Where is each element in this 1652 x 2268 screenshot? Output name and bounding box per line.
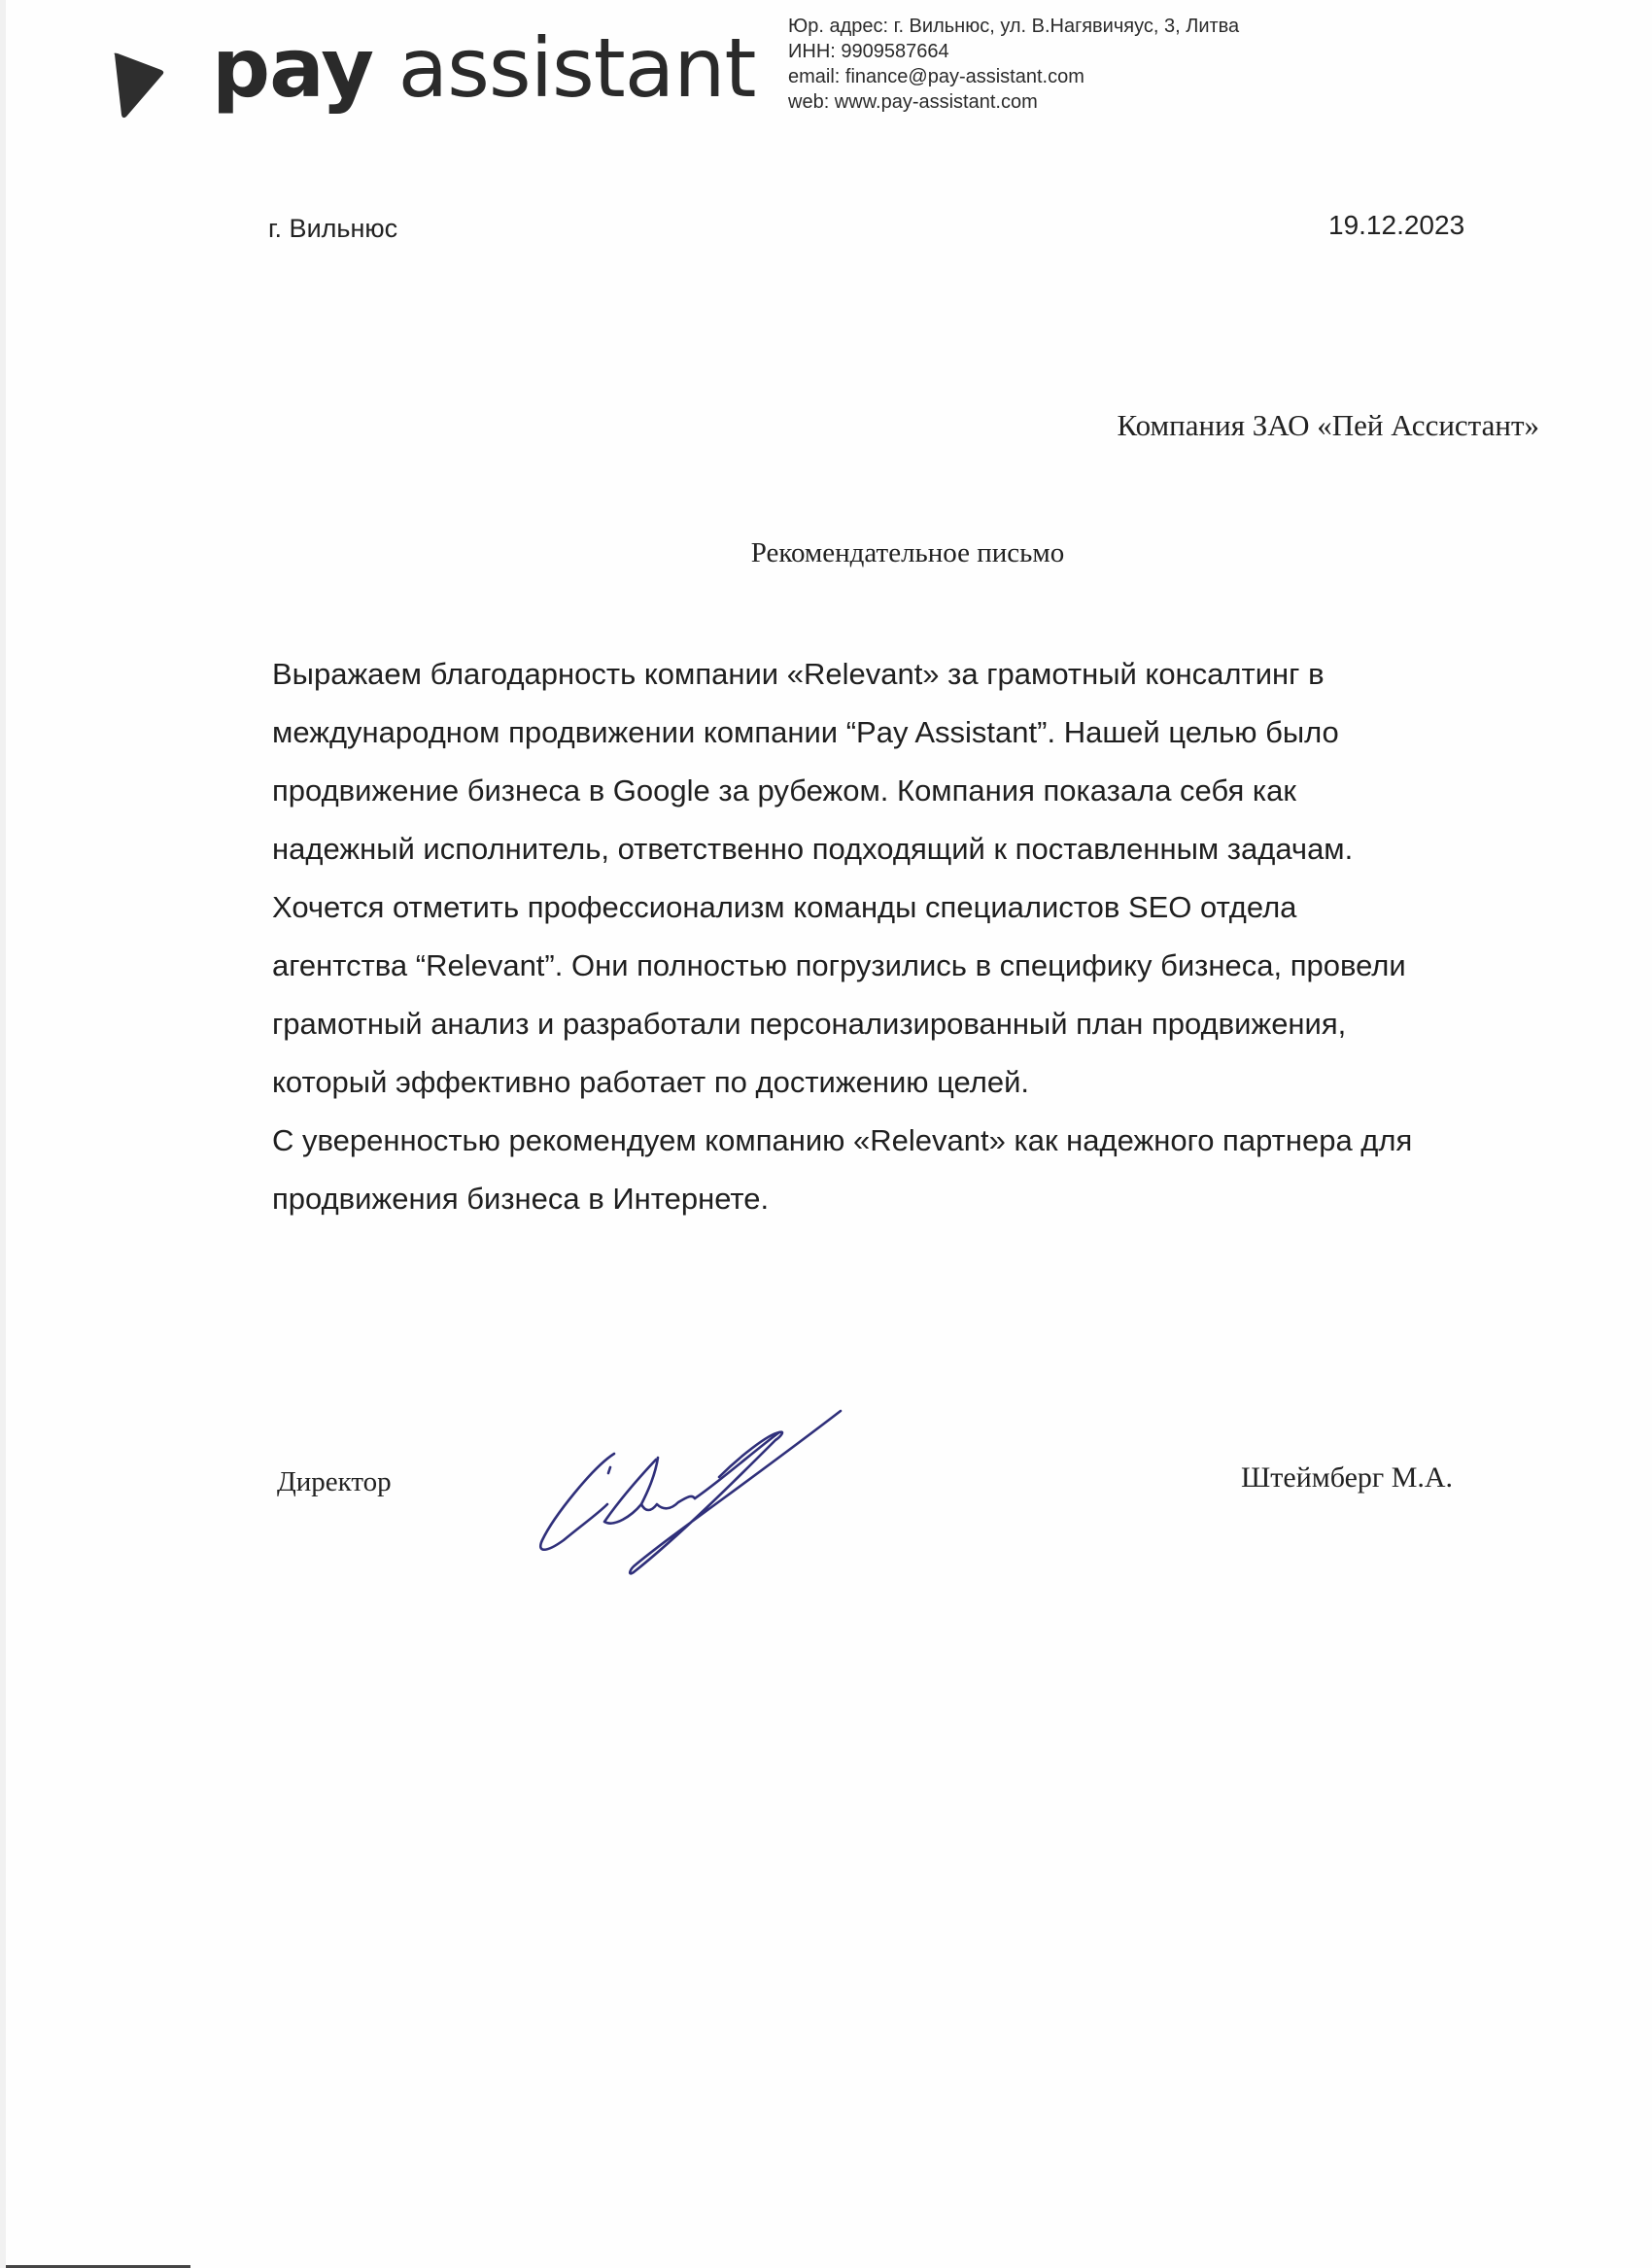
letter-body: Выражаем благодарность компании «Relevan… [272,645,1555,1228]
email: email: finance@pay-assistant.com [788,64,1239,89]
body-line: надежный исполнитель, ответственно подхо… [272,820,1555,878]
body-line: продвижения бизнеса в Интернете. [272,1170,1555,1228]
triangle-play-icon [109,49,167,119]
company-requisites: Юр. адрес: г. Вильнюс, ул. В.Нагявичяус,… [788,14,1239,115]
body-line: который эффективно работает по достижени… [272,1053,1555,1112]
brand-regular: assistant [373,20,755,116]
body-line: Выражаем благодарность компании «Relevan… [272,645,1555,704]
signer-name: Штеймберг М.А. [1241,1461,1453,1495]
body-line: Хочется отметить профессионализм команды… [272,878,1555,937]
handwritten-signature [525,1390,855,1584]
signer-position: Директор [277,1466,392,1498]
legal-address: Юр. адрес: г. Вильнюс, ул. В.Нагявичяус,… [788,14,1239,39]
body-line: агентства “Relevant”. Они полностью погр… [272,937,1555,995]
website: web: www.pay-assistant.com [788,89,1239,115]
letter-date: 19.12.2023 [1328,210,1464,241]
city: г. Вильнюс [268,214,397,244]
document-title: Рекомендательное письмо [0,537,1652,569]
body-line: международном продвижении компании “Pay … [272,704,1555,762]
letter-page: pay assistant Юр. адрес: г. Вильнюс, ул.… [0,0,1652,2268]
scan-edge [0,0,6,2268]
tax-id: ИНН: 9909587664 [788,39,1239,64]
brand-bold: pay [212,20,373,116]
body-line: продвижение бизнеса в Google за рубежом.… [272,762,1555,820]
sender-company: Компания ЗАО «Пей Ассистант» [1118,408,1540,443]
body-line: С уверенностью рекомендуем компанию «Rel… [272,1112,1555,1170]
body-line: грамотный анализ и разработали персонали… [272,995,1555,1053]
brand-logo-text: pay assistant [212,10,755,126]
